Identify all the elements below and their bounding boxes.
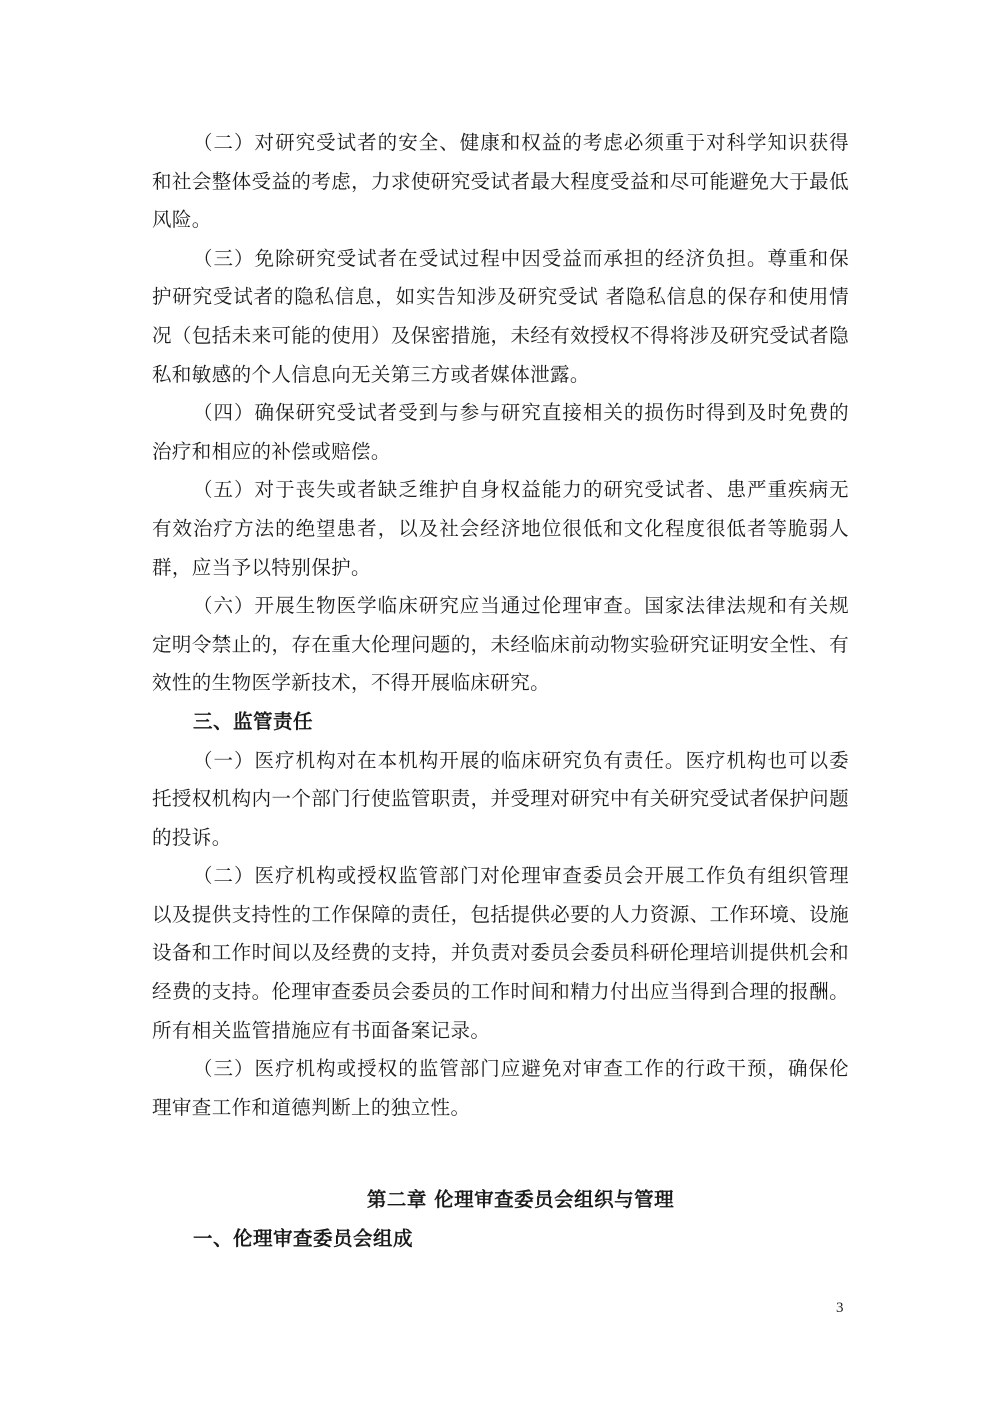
- document-page: （二）对研究受试者的安全、健康和权益的考虑必须重于对科学知识获得和社会整体受益的…: [0, 0, 1000, 1413]
- paragraph-vulnerable-groups: （五）对于丧失或者缺乏维护自身权益能力的研究受试者、患严重疾病无有效治疗方法的绝…: [152, 471, 849, 587]
- paragraph-injury-compensation: （四）确保研究受试者受到与参与研究直接相关的损伤时得到及时免费的治疗和相应的补偿…: [152, 394, 849, 471]
- section-heading-supervision: 三、监管责任: [152, 703, 849, 742]
- paragraph-independence: （三）医疗机构或授权的监管部门应避免对审查工作的行政干预，确保伦理审查工作和道德…: [152, 1050, 849, 1127]
- paragraph-subject-safety: （二）对研究受试者的安全、健康和权益的考虑必须重于对科学知识获得和社会整体受益的…: [152, 124, 849, 240]
- spacer: [152, 1127, 849, 1181]
- page-content: （二）对研究受试者的安全、健康和权益的考虑必须重于对科学知识获得和社会整体受益的…: [152, 124, 849, 1259]
- chapter-title: 第二章 伦理审查委员会组织与管理: [152, 1181, 849, 1220]
- paragraph-ethics-review-required: （六）开展生物医学临床研究应当通过伦理审查。国家法律法规和有关规定明令禁止的，存…: [152, 587, 849, 703]
- paragraph-support-responsibility: （二）医疗机构或授权监管部门对伦理审查委员会开展工作负有组织管理以及提供支持性的…: [152, 857, 849, 1050]
- paragraph-institution-responsibility: （一）医疗机构对在本机构开展的临床研究负有责任。医疗机构也可以委托授权机构内一个…: [152, 742, 849, 858]
- paragraph-economic-burden-privacy: （三）免除研究受试者在受试过程中因受益而承担的经济负担。尊重和保护研究受试者的隐…: [152, 240, 849, 394]
- section-heading-committee-composition: 一、伦理审查委员会组成: [152, 1220, 849, 1259]
- page-number: 3: [836, 1300, 844, 1317]
